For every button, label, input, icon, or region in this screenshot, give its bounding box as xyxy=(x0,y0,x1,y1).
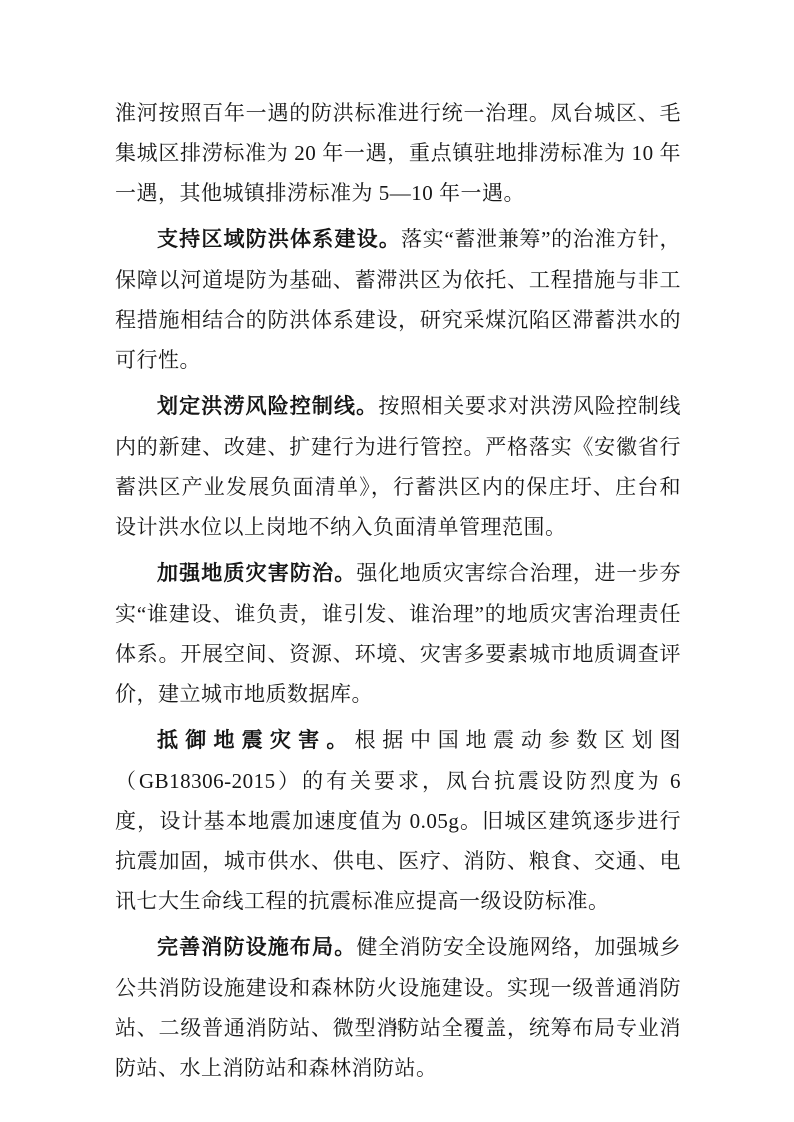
paragraph-lead: 划定洪涝风险控制线。 xyxy=(157,395,378,418)
paragraph: 加强地质灾害防治。强化地质灾害综合治理，进一步夯实“谁建设、谁负责，谁引发、谁治… xyxy=(115,553,681,714)
page-number: 35 xyxy=(0,1018,794,1036)
paragraph: 完善消防设施布局。健全消防安全设施网络，加强城乡公共消防设施建设和森林防火设施建… xyxy=(115,927,681,1088)
paragraph: 淮河按照百年一遇的防洪标准进行统一治理。凤台城区、毛集城区排涝标准为 20 年一… xyxy=(115,93,681,213)
paragraph: 支持区域防洪体系建设。落实“蓄泄兼筹”的治淮方针，保障以河道堤防为基础、蓄滞洪区… xyxy=(115,219,681,380)
paragraph-lead: 支持区域防洪体系建设。 xyxy=(157,228,401,251)
text-content: 淮河按照百年一遇的防洪标准进行统一治理。凤台城区、毛集城区排涝标准为 20 年一… xyxy=(115,93,681,1094)
paragraph-lead: 抵御地震灾害。 xyxy=(157,729,355,752)
paragraph-text: 淮河按照百年一遇的防洪标准进行统一治理。凤台城区、毛集城区排涝标准为 20 年一… xyxy=(115,101,681,205)
paragraph-text: 根据中国地震动参数区划图（GB18306-2015）的有关要求，凤台抗震设防烈度… xyxy=(115,728,681,913)
paragraph: 抵御地震灾害。根据中国地震动参数区划图（GB18306-2015）的有关要求，凤… xyxy=(115,720,681,921)
paragraph: 划定洪涝风险控制线。按照相关要求对洪涝风险控制线内的新建、改建、扩建行为进行管控… xyxy=(115,386,681,547)
paragraph-lead: 完善消防设施布局。 xyxy=(157,936,356,959)
paragraph-lead: 加强地质灾害防治。 xyxy=(157,562,356,585)
document-page: 淮河按照百年一遇的防洪标准进行统一治理。凤台城区、毛集城区排涝标准为 20 年一… xyxy=(0,0,794,1122)
